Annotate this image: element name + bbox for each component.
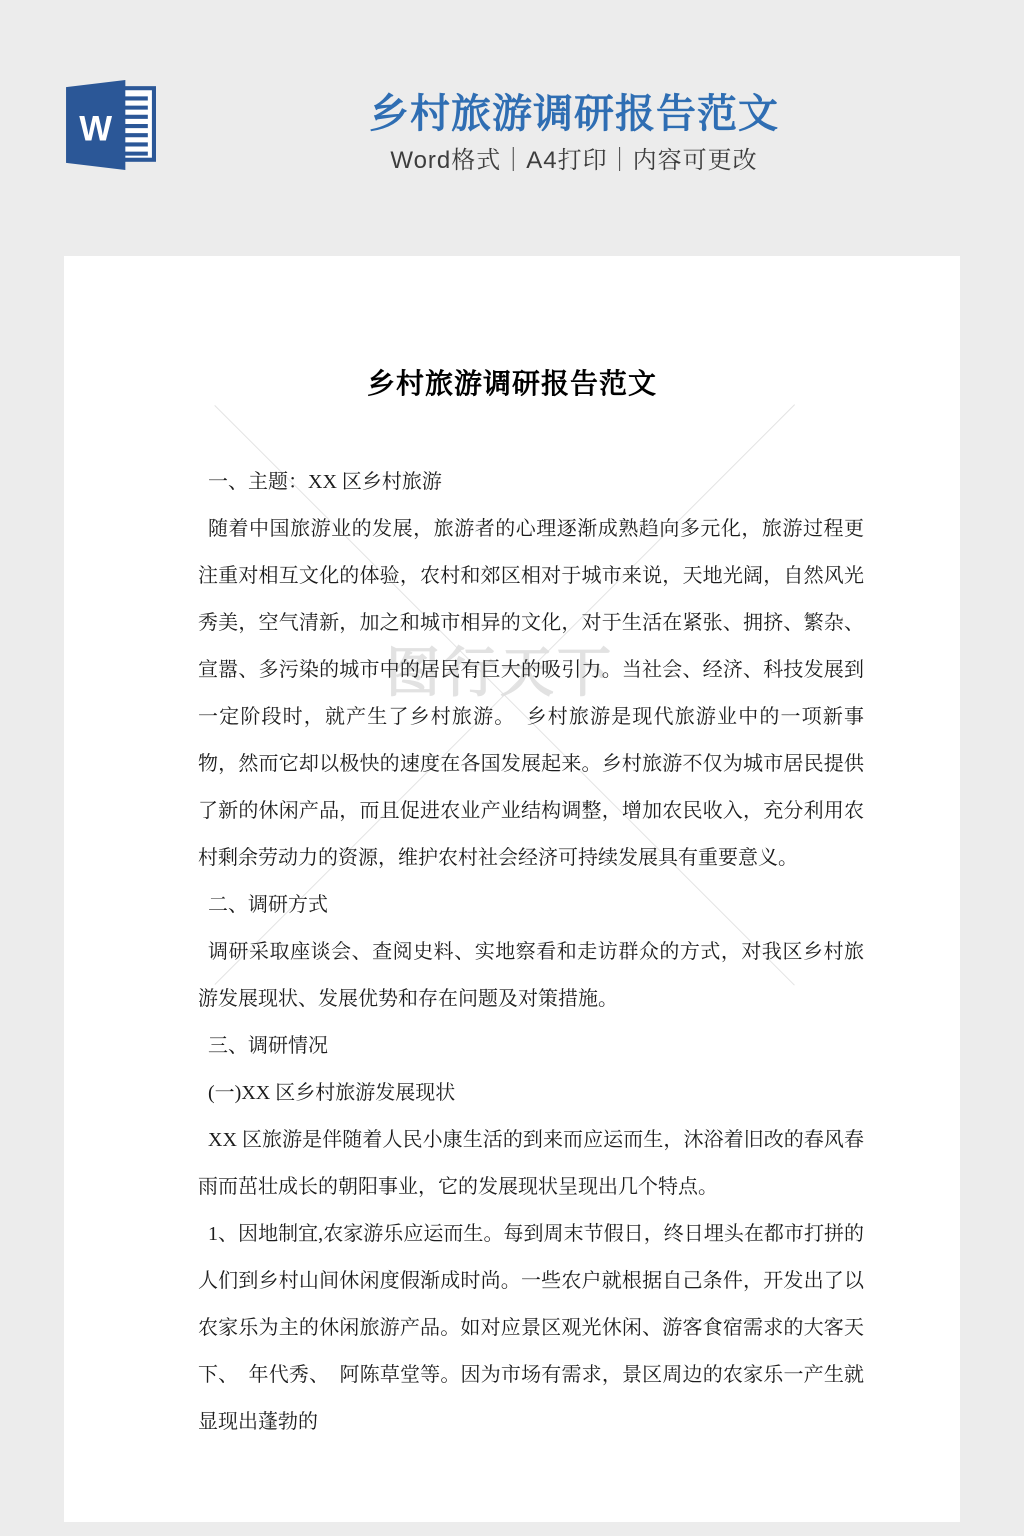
doc-paragraph: 1、因地制宜,农家游乐应运而生。每到周末节假日，终日埋头在都市打拼的人们到乡村山… xyxy=(198,1211,864,1446)
doc-heading: 三、调研情况 xyxy=(198,1023,864,1070)
header-text-block: 乡村旅游调研报告范文 Word格式｜A4打印｜内容可更改 xyxy=(164,92,984,174)
word-icon-letter: W xyxy=(79,110,112,148)
doc-paragraph: 随着中国旅游业的发展，旅游者的心理逐渐成熟趋向多元化，旅游过程更注重对相互文化的… xyxy=(198,506,864,882)
document-content: 乡村旅游调研报告范文 一、主题：XX 区乡村旅游 随着中国旅游业的发展，旅游者的… xyxy=(64,256,960,1446)
document-page: 图行天下 乡村旅游调研报告范文 一、主题：XX 区乡村旅游 随着中国旅游业的发展… xyxy=(64,256,960,1522)
preview-header: W 乡村旅游调研报告范文 Word格式｜A4打印｜内容可更改 xyxy=(0,0,1024,256)
doc-heading: (一)XX 区乡村旅游发展现状 xyxy=(198,1070,864,1117)
doc-paragraph: 调研采取座谈会、查阅史料、实地察看和走访群众的方式，对我区乡村旅游发展现状、发展… xyxy=(198,929,864,1023)
doc-paragraph: XX 区旅游是伴随着人民小康生活的到来而应运而生，沐浴着旧改的春风春雨而茁壮成长… xyxy=(198,1117,864,1211)
document-title: 乡村旅游调研报告范文 xyxy=(64,256,960,402)
document-body: 一、主题：XX 区乡村旅游 随着中国旅游业的发展，旅游者的心理逐渐成熟趋向多元化… xyxy=(198,459,864,1446)
doc-heading: 二、调研方式 xyxy=(198,882,864,929)
word-icon: W xyxy=(64,79,156,171)
page-background: { "header": { "icon_letter": "W", "title… xyxy=(0,0,1024,1536)
template-subtitle: Word格式｜A4打印｜内容可更改 xyxy=(164,148,984,174)
template-title: 乡村旅游调研报告范文 xyxy=(164,92,984,136)
doc-heading: 一、主题：XX 区乡村旅游 xyxy=(198,459,864,506)
